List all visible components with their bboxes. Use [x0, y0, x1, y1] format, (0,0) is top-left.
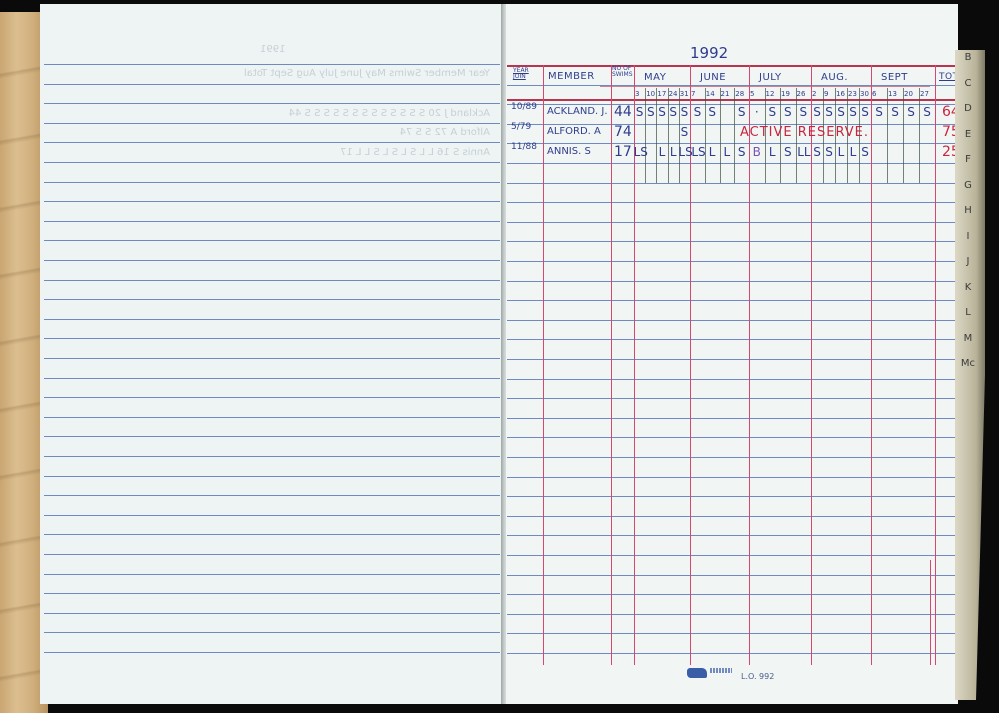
week-divider — [887, 88, 888, 183]
left-blue-rule — [44, 84, 500, 85]
right-blue-rule — [507, 457, 957, 458]
left-blue-rule — [44, 574, 500, 575]
attendance-mark: S — [766, 105, 778, 119]
attendance-mark: S — [634, 105, 646, 119]
attendance-mark: S — [706, 105, 718, 119]
swim-count: 44 — [614, 104, 632, 120]
attendance-mark: S — [889, 105, 901, 119]
ghost-line: Alford A 72 S S 74 — [50, 127, 490, 138]
left-blue-rule — [44, 436, 500, 437]
attendance-mark: S — [691, 105, 703, 119]
left-blue-rule — [44, 64, 500, 65]
header-bottom-red-rule — [507, 99, 957, 101]
year-join-value: 10/89 — [511, 102, 537, 112]
week-date: 3 — [635, 90, 639, 98]
attendance-mark: S — [847, 105, 859, 119]
attendance-mark: S — [797, 105, 809, 119]
attendance-mark: S — [736, 145, 748, 159]
year-join-value: 5/79 — [511, 122, 531, 132]
week-divider — [645, 88, 646, 183]
week-divider — [919, 88, 920, 183]
member-name: ALFORD. A — [547, 126, 601, 137]
index-tab-i[interactable]: I — [960, 231, 976, 242]
right-blue-rule — [507, 653, 957, 654]
year-title: 1992 — [690, 44, 728, 62]
left-blue-rule — [44, 201, 500, 202]
index-tab-e[interactable]: E — [960, 129, 976, 140]
right-blue-rule — [507, 418, 957, 419]
left-blue-rule — [44, 358, 500, 359]
attendance-mark: L — [766, 145, 778, 159]
week-divider — [656, 88, 657, 183]
week-date: 12 — [766, 90, 775, 98]
right-blue-rule — [507, 300, 957, 301]
attendance-mark: S — [736, 105, 748, 119]
right-blue-rule — [507, 143, 957, 144]
left-blue-rule — [44, 652, 500, 653]
ghost-line: Ackland J 20 S S S S S S S S S S S S S 4… — [50, 108, 490, 119]
week-date: 24 — [669, 90, 678, 98]
attendance-mark: L — [656, 145, 668, 159]
year-join-value: 11/88 — [511, 142, 537, 152]
right-blue-rule — [507, 163, 957, 164]
attendance-mark: S — [823, 145, 835, 159]
week-date: 21 — [721, 90, 730, 98]
attendance-mark: S — [667, 105, 679, 119]
red-column-line — [871, 65, 872, 665]
left-blue-rule — [44, 280, 500, 281]
left-blue-rule — [44, 417, 500, 418]
red-column-line — [935, 65, 936, 665]
week-date: 14 — [706, 90, 715, 98]
week-date: 10 — [646, 90, 655, 98]
red-tick-line — [930, 560, 931, 665]
right-blue-rule — [507, 516, 957, 517]
right-blue-rule — [507, 124, 957, 125]
index-tab-f[interactable]: F — [960, 154, 976, 165]
week-date: 7 — [691, 90, 695, 98]
left-blue-rule — [44, 319, 500, 320]
week-date: 26 — [797, 90, 806, 98]
week-date: 6 — [872, 90, 876, 98]
week-date: 31 — [680, 90, 689, 98]
right-blue-rule — [507, 496, 957, 497]
right-blue-rule — [507, 241, 957, 242]
attendance-mark: LS — [678, 145, 690, 159]
form-code: L.O. 992 — [741, 672, 774, 681]
left-blue-rule — [44, 534, 500, 535]
week-date: 5 — [750, 90, 754, 98]
left-blue-rule — [44, 221, 500, 222]
right-blue-rule — [507, 222, 957, 223]
left-blue-rule — [44, 299, 500, 300]
index-tab-b[interactable]: B — [960, 52, 976, 63]
left-blue-rule — [44, 260, 500, 261]
month-label-may: MAY — [644, 72, 666, 83]
ghost-line: Annis S 16 L L S L S L S L L 17 — [50, 147, 490, 158]
left-blue-rule — [44, 515, 500, 516]
header-top-red-rule — [507, 65, 957, 67]
right-blue-rule — [507, 555, 957, 556]
left-blue-rule — [44, 397, 500, 398]
week-date: 19 — [781, 90, 790, 98]
index-tab-h[interactable]: H — [960, 205, 976, 216]
left-blue-rule — [44, 476, 500, 477]
attendance-mark: S — [656, 105, 668, 119]
month-label-july: JULY — [759, 72, 782, 83]
week-date: 23 — [848, 90, 857, 98]
right-blue-rule — [507, 633, 957, 634]
member-name: ANNIS. S — [547, 146, 591, 157]
attendance-mark: S — [823, 105, 835, 119]
index-tab-l[interactable]: L — [960, 307, 976, 318]
attendance-mark: L — [721, 145, 733, 159]
attendance-mark: S — [782, 105, 794, 119]
right-blue-rule — [507, 477, 957, 478]
left-blue-rule — [44, 240, 500, 241]
right-blue-rule — [507, 398, 957, 399]
attendance-mark: L — [847, 145, 859, 159]
week-date: 2 — [812, 90, 816, 98]
index-tab-m[interactable]: M — [960, 333, 976, 344]
attendance-mark: LL — [797, 145, 809, 159]
publisher-logo-icon — [687, 668, 707, 678]
attendance-mark: S — [645, 105, 657, 119]
red-column-line — [543, 65, 544, 665]
member-name: ACKLAND. J. — [547, 106, 608, 117]
week-date: 27 — [920, 90, 929, 98]
right-blue-rule — [507, 437, 957, 438]
attendance-mark: S — [859, 105, 871, 119]
week-date: 16 — [836, 90, 845, 98]
red-column-line — [611, 65, 612, 665]
attendance-mark: S — [811, 105, 823, 119]
right-blue-rule — [507, 359, 957, 360]
week-date: 17 — [657, 90, 666, 98]
month-label-june: JUNE — [700, 72, 726, 83]
month-underline-rule — [600, 86, 930, 87]
header-no-of-swims: NO OF SWIMS — [612, 66, 634, 78]
header-member: MEMBER — [548, 71, 595, 82]
index-tab-c[interactable]: C — [960, 78, 976, 89]
right-blue-rule — [507, 379, 957, 380]
attendance-mark: S — [782, 145, 794, 159]
week-divider — [668, 88, 669, 183]
header-year-join: YEAR JOIN — [513, 68, 539, 80]
week-divider — [903, 88, 904, 183]
week-date: 30 — [860, 90, 869, 98]
month-label-aug: AUG. — [821, 72, 848, 83]
ghost-line: Year Member Swims May June July Aug Sept… — [50, 68, 490, 79]
right-blue-rule — [507, 594, 957, 595]
right-blue-rule — [507, 183, 957, 184]
left-blue-rule — [44, 338, 500, 339]
attendance-mark: S — [678, 105, 690, 119]
right-blue-rule — [507, 202, 957, 203]
right-blue-rule — [507, 261, 957, 262]
attendance-mark: L — [667, 145, 679, 159]
ghost-year: 1991 — [260, 44, 285, 55]
right-blue-rule — [507, 535, 957, 536]
attendance-mark: LS — [634, 145, 646, 159]
attendance-mark: S — [811, 145, 823, 159]
attendance-mark: · — [751, 105, 763, 119]
week-date: 20 — [904, 90, 913, 98]
week-date: 28 — [735, 90, 744, 98]
attendance-mark: S — [859, 145, 871, 159]
left-blue-rule — [44, 632, 500, 633]
swim-count: 17 — [614, 144, 632, 160]
attendance-mark: L — [835, 145, 847, 159]
left-blue-rule — [44, 613, 500, 614]
index-tab-mc[interactable]: Mc — [960, 358, 976, 369]
index-tab-j[interactable]: J — [960, 256, 976, 267]
left-blue-rule — [44, 378, 500, 379]
swim-count: 74 — [614, 124, 632, 140]
left-blue-rule — [44, 142, 500, 143]
left-blue-rule — [44, 182, 500, 183]
row-note: ACTIVE RESERVE. — [740, 125, 869, 140]
attendance-mark: B — [751, 145, 763, 159]
index-tab-strip — [955, 50, 985, 700]
index-tab-g[interactable]: G — [960, 180, 976, 191]
month-label-sept: SEPT — [881, 72, 908, 83]
right-blue-rule — [507, 339, 957, 340]
left-blue-rule — [44, 456, 500, 457]
attendance-mark: S — [921, 105, 933, 119]
attendance-mark: S — [835, 105, 847, 119]
right-blue-rule — [507, 320, 957, 321]
week-divider — [734, 88, 735, 183]
attendance-mark: L — [706, 145, 718, 159]
attendance-mark: LS — [691, 145, 703, 159]
attendance-mark: S — [873, 105, 885, 119]
left-blue-rule — [44, 554, 500, 555]
left-blue-rule — [44, 123, 500, 124]
publisher-logo-text — [710, 668, 732, 673]
left-blue-rule — [44, 593, 500, 594]
left-blue-rule — [44, 495, 500, 496]
week-divider — [705, 88, 706, 183]
left-blue-rule — [44, 162, 500, 163]
index-tab-k[interactable]: K — [960, 282, 976, 293]
week-divider — [720, 88, 721, 183]
attendance-mark: S — [678, 125, 690, 139]
week-date: 9 — [824, 90, 828, 98]
attendance-mark: S — [905, 105, 917, 119]
right-blue-rule — [507, 575, 957, 576]
index-tab-d[interactable]: D — [960, 103, 976, 114]
right-blue-rule — [507, 614, 957, 615]
week-date: 13 — [888, 90, 897, 98]
left-blue-rule — [44, 103, 500, 104]
right-blue-rule — [507, 281, 957, 282]
